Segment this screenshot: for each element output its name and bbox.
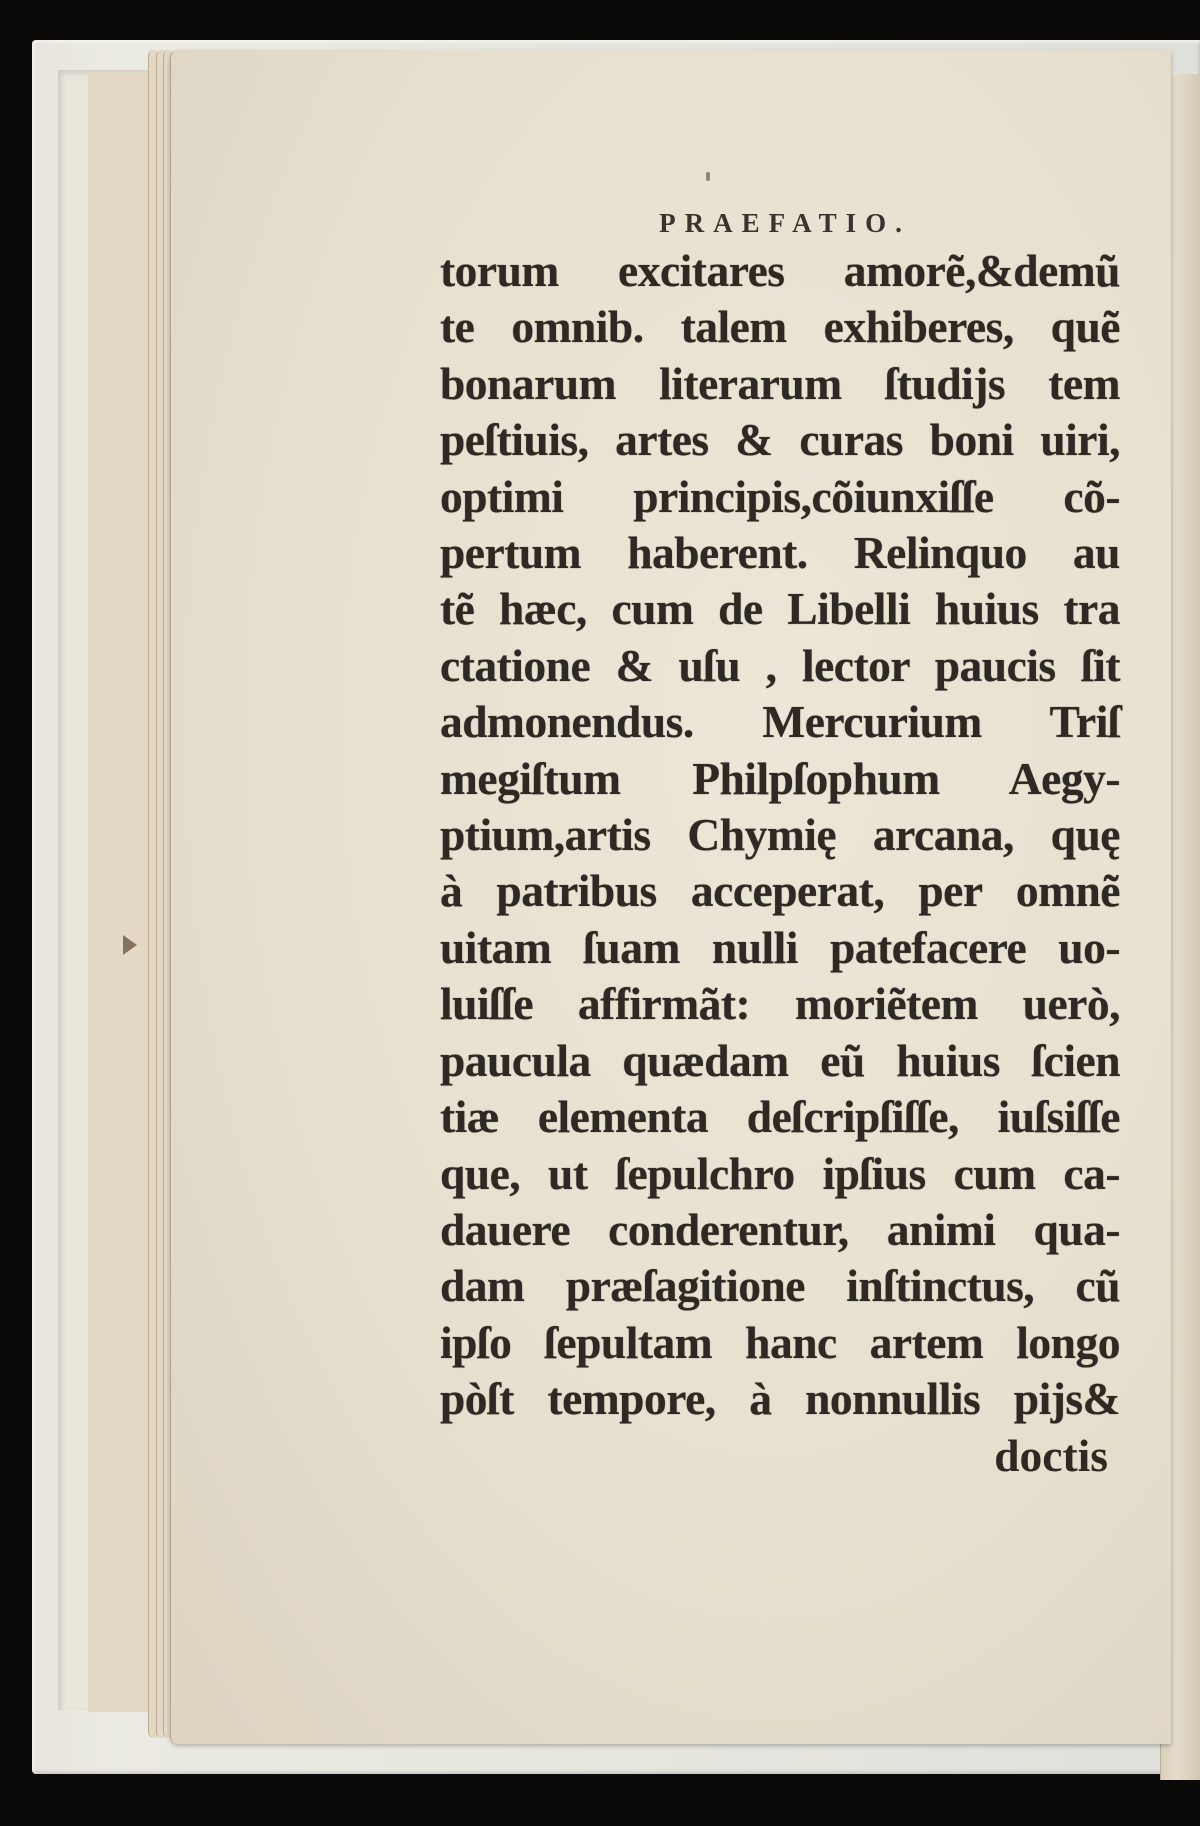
text-line: que, ut ſepulchro ipſius cum ca- [440,1146,1120,1202]
text-line: ipſo ſepultam hanc artem longo [440,1315,1120,1371]
text-line: tẽ hæc, cum de Libelli huius tra [440,581,1120,637]
text-lines: torum excitares amorẽ,&demũ te omnib. ta… [440,243,1120,1428]
text-line: pertum haberent. Relinquo au [440,525,1120,581]
text-line: optimi principis,cõiunxiſſe cõ- [440,469,1120,525]
text-line: uitam ſuam nulli patefacere uo- [440,920,1120,976]
text-line: peſtiuis, artes & curas boni uiri, [440,412,1120,468]
page-text-block: PRAEFATIO. torum excitares amorẽ,&demũ t… [440,208,1120,1484]
text-line: dauere conderentur, animi qua- [440,1202,1120,1258]
text-line: te omnib. talem exhiberes, quẽ [440,299,1120,355]
text-line: ptium,artis Chymię arcana, quę [440,807,1120,863]
text-line: admonendus. Mercurium Triſ [440,694,1120,750]
text-line: dam præſagitione inſtinctus, cũ [440,1258,1120,1314]
text-line: tiæ elementa deſcripſiſſe, iuſsiſſe [440,1089,1120,1145]
margin-arrow-mark [123,935,137,955]
text-line: pòſt tempore, à nonnullis pijs& [440,1371,1120,1427]
text-line: ctatione & uſu , lector paucis ſit [440,638,1120,694]
running-head: PRAEFATIO. [440,208,1120,239]
text-line: bonarum literarum ſtudijs tem [440,356,1120,412]
catchword: doctis [440,1428,1120,1484]
text-line: torum excitares amorẽ,&demũ [440,243,1120,299]
text-line: à patribus acceperat, per omnẽ [440,863,1120,919]
text-line: megiſtum Philpſophum Aegy- [440,751,1120,807]
ink-speck [706,172,710,181]
text-line: paucula quædam eũ huius ſcien [440,1033,1120,1089]
text-line: luiſſe affirmãt: moriẽtem uerò, [440,976,1120,1032]
